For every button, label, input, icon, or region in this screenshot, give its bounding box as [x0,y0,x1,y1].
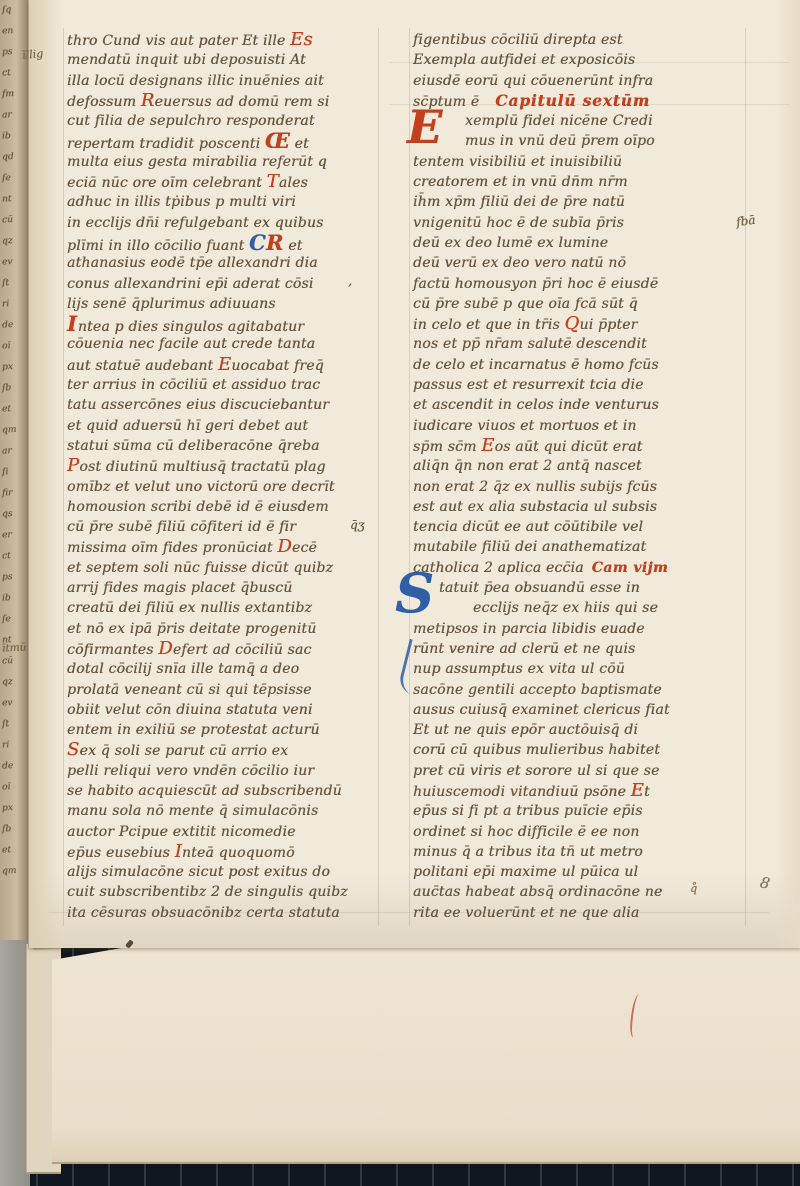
text-line: xemplū fidei nicēne Credi [413,111,747,131]
text-segment: iudicare viuos et mortuos et in [413,418,637,434]
text-segment: et septem soli nūc fuisse dicūt quibz [67,560,333,576]
text-line: iudicare viuos et mortuos et in [413,416,747,436]
drop-initial-E: E [407,104,442,150]
gutter-fragment: ar [0,104,30,126]
text-line: se habito acquiescūt ad subscribendū [67,781,383,801]
text-segment: in celo et que in tr̄is [413,317,564,333]
text-segment: D [158,638,173,659]
text-line: tentem visibiliū et inuisibiliū [413,152,747,172]
text-segment: I [67,311,78,336]
text-segment: ordinet si hoc difficile ē ee non [413,824,639,840]
text-line: ih̄m xp̄m filiū dei de p̄re natū [413,192,747,212]
text-line: sc̄ptum ēCapitulū sextūm [413,91,747,111]
rubric-text: Capitulū sextūm [495,91,650,110]
gutter-fragment: qm [0,860,30,882]
text-line: politani ep̄i maxime ul pūica ul [413,862,747,882]
text-segment: efert ad cōciliū sac [173,642,312,658]
drop-initial-S: S [395,566,434,620]
margin-note: īllig [21,47,43,62]
text-segment: cut filia de sepulchro responderat [67,113,315,129]
text-segment: politani ep̄i maxime ul pūica ul [413,864,638,880]
text-segment: auc̄tas habeat absq̄ ordinacōne ne [413,884,662,900]
text-line: manu sola nō mente q̄ simulacōnis [67,801,383,821]
text-line: Exempla autfidei et exposicōis [413,50,747,70]
text-line: Post diutinū multiusq̄ tractatū plag [67,456,383,476]
text-line: athanasius eodē tp̄e allexandri dia [67,253,383,273]
text-segment: ita cēsuras obsuacōnibz certa statuta [67,905,340,921]
text-segment: R [141,90,155,111]
facing-page-text-fragments: ſqenpsctfmaribqdſentcūqzevſtrideoīpxſbet… [0,0,30,882]
intercolumn-mark: , [348,274,352,289]
text-segment: adhuc in illis tṗibus p multi viri [67,194,296,210]
text-segment: huiuscemodi vitandiuū psōne [413,784,631,800]
text-segment: pelli reliqui vero vndēn cōcilio iur [67,763,314,779]
text-segment: homousion scribi debē id ē eiusdem [67,499,329,515]
ruling-line [409,28,410,926]
text-segment: et quid aduersū hī geri debet aut [67,418,308,434]
text-segment: ui p̄pter [579,317,637,333]
gutter-fragment: ps [0,566,30,588]
text-line: cū p̄re subē p que oīa fcā sūt q̄ [413,294,747,314]
gutter-fragment: ri [0,293,30,315]
text-segment: tatu assercōnes eius discuciebantur [67,397,329,413]
text-segment: et nō ex ipā p̄ris deitate progenitū [67,621,316,637]
text-segment: cū p̄re subē filiū cōfiteri id ē fir [67,519,296,535]
text-segment: Es [290,29,313,50]
text-segment: catholica 2 aplica ecc̄ia [413,560,584,576]
text-line: aut statuē audebant Euocabat freq̄ [67,355,383,375]
text-line: creatū dei filiū ex nullis extantibz [67,598,383,618]
text-segment: ecclijs neq̄z ex hiis qui se [473,600,658,616]
text-segment: athanasius eodē tp̄e allexandri dia [67,255,318,271]
text-segment: defossum [67,94,141,110]
text-line: et quid aduersū hī geri debet aut [67,416,383,436]
text-segment: eiusdē eorū qui cōuenerūnt infra [413,73,653,89]
gutter-fragment: ib [0,587,30,609]
text-line: catholica 2 aplica ecc̄iaCam vijm [413,558,747,578]
text-line: ita cēsuras obsuacōnibz certa statuta [67,903,383,923]
text-line: Intea p dies singulos agitabatur [67,314,383,334]
gutter-fragment: ſb [0,377,30,399]
text-segment: ntea p dies singulos agitabatur [78,319,304,335]
text-segment: Q [564,313,579,334]
text-line: passus est et resurrexit tcia die [413,375,747,395]
text-segment: Et ut ne quis epōr auctōuisq̄ di [413,722,638,738]
text-segment: creatū dei filiū ex nullis extantibz [67,600,312,616]
text-segment: multa eius gesta mirabilia referūt q [67,154,327,170]
text-line: missima oīm fides pronūciat Decē [67,537,383,557]
text-segment: cuit subscribentibz 2 de singulis quibz [67,884,348,900]
text-segment: tencia dicūt ee aut cōūtibile vel [413,519,643,535]
gutter-fragment: qz [0,230,30,252]
text-segment: xemplū fidei nicēne Credi [465,113,653,129]
text-line: pelli reliqui vero vndēn cōcilio iur [67,761,383,781]
text-line: mus in vnū deū p̄rem oīpo [413,131,747,151]
text-segment: D [277,536,292,557]
text-segment: pret cū viris et sorore ul si que se [413,763,659,779]
text-segment: cōfirmantes [67,642,158,658]
text-segment: cū p̄re subē p que oīa fcā sūt q̄ [413,296,638,312]
gutter-fragment: qz [0,671,30,693]
gutter-fragment: ſb [0,818,30,840]
gutter-fragment: ev [0,692,30,714]
gutter-fragment: px [0,797,30,819]
text-segment: omībz et velut uno victorū ore decrīt [67,479,335,495]
text-line: multa eius gesta mirabilia referūt q [67,152,383,172]
gutter-fragment: cū [0,209,30,231]
text-segment: mus in vnū deū p̄rem oīpo [465,133,655,149]
text-segment: S [67,739,80,760]
gutter-fragment: qs [0,503,30,525]
text-segment: aut statuē audebant [67,358,218,374]
text-line: cū p̄re subē filiū cōfiteri id ē fir [67,517,383,537]
text-line: eiusdē eorū qui cōuenerūnt infra [413,71,747,91]
text-segment: plīmi in illo cōcilio fuant [67,238,249,254]
gutter-fragment: oī [0,776,30,798]
text-line: entem in exiliū se protestat acturū [67,720,383,740]
text-segment: ep̄us eusebius [67,845,175,861]
gutter-fragment: ev [0,251,30,273]
text-line: creatorem et in vnū dn̄m nr̄m [413,172,747,192]
text-segment: alijs simulacōne sicut post exitus do [67,864,330,880]
text-segment: ost diutinū multiusq̄ tractatū plag [79,459,325,475]
text-line: cōuenia nec facile aut crede tanta [67,334,383,354]
gutter-fragment: ſe [0,608,30,630]
text-line: vnigenitū hoc ē de subīa p̄ris [413,213,747,233]
text-line: arrij fides magis placet q̄buscū [67,578,383,598]
text-line: homousion scribi debē id ē eiusdem [67,497,383,517]
text-segment: arrij fides magis placet q̄buscū [67,580,292,596]
text-line: rita ee voluerūnt et ne que alia [413,903,747,923]
gutter-fragment: ri [0,734,30,756]
text-line: Sex q̄ soli se parut cū arrio ex [67,740,383,760]
text-segment: et [284,238,303,254]
text-segment: Œ [265,128,290,153]
gutter-fragment: de [0,755,30,777]
gutter-fragment: qd [0,146,30,168]
text-segment: os aūt qui dicūt erat [495,439,643,455]
text-line: tatuit p̄ea obsuandū esse in [413,578,747,598]
text-line: adhuc in illis tṗibus p multi viri [67,192,383,212]
text-line: ter arrius in cōciliū et assiduo trac [67,375,383,395]
rubric-text: Cam vijm [592,560,668,576]
text-segment: rūnt venire ad clerū et ne quis [413,641,635,657]
text-line: thro Cund vis aut pater Et ille Es [67,30,383,50]
text-line: et ascendit in celos inde venturus [413,395,747,415]
text-segment: R [266,230,284,255]
text-segment: statui sūma cū deliberacōne q̄reba [67,438,320,454]
text-line: auctor Pcipue extitit nicomedie [67,822,383,842]
text-segment: auctor Pcipue extitit nicomedie [67,824,296,840]
text-segment: obiit velut cōn diuina statuta veni [67,702,313,718]
text-line: repertam tradidit poscenti Œ et [67,131,383,151]
text-line: in celo et que in tr̄is Qui p̄pter [413,314,747,334]
gutter-fragment: de [0,314,30,336]
text-line: dotal cōcilij snīa ille tamq̄ a deo [67,659,383,679]
text-segment: in ecclijs dn̄i refulgebant ex quibus [67,215,324,231]
gutter-fragment: ſq [0,0,30,22]
gutter-fragment: ar [0,440,30,462]
text-segment: minus q̄ a tribus ita tn̄ ut metro [413,844,643,860]
text-line: ausus cuiusq̄ examinet clericus fiat [413,700,747,720]
text-line: cōfirmantes Defert ad cōciliū sac [67,639,383,659]
text-segment: lijs senē q̄plurimus adiuuans [67,296,276,312]
text-segment: mendatū inquit ubi deposuisti At [67,52,306,68]
under-page [52,934,800,1164]
text-segment: entem in exiliū se protestat acturū [67,722,320,738]
text-segment: creatorem et in vnū dn̄m nr̄m [413,174,628,190]
gutter-fragment: et [0,398,30,420]
text-segment: corū cū quibus mulieribus habitet [413,742,660,758]
manuscript-photo: { "kind": "medieval-manuscript-page", "c… [0,0,800,1186]
right-text-column: figentibus cōciliū direpta estExempla au… [413,30,747,923]
text-segment: eciā nūc ore oīm celebrant [67,175,267,191]
text-segment: vnigenitū hoc ē de subīa p̄ris [413,215,624,231]
intercolumn-note: q̄ʒ [350,518,364,532]
gutter-fragment: fm [0,83,30,105]
text-line: illa locū designans illic inuēnies ait [67,71,383,91]
text-line: pret cū viris et sorore ul si que se [413,761,747,781]
text-line: de celo et incarnatus ē homo fcūs [413,355,747,375]
ruling-line [63,28,64,926]
left-text-column: thro Cund vis aut pater Et ille Esmendat… [67,30,383,923]
text-segment: factū homousyon p̄ri hoc ē eiusdē [413,276,658,292]
text-segment: uocabat freq̄ [231,358,324,374]
text-segment: manu sola nō mente q̄ simulacōnis [67,803,318,819]
gutter-fragment: ſt [0,713,30,735]
text-segment: passus est et resurrexit tcia die [413,377,644,393]
text-line: ep̄us eusebius Inteā quoquomō [67,842,383,862]
gutter-fragment: ſi [0,461,30,483]
text-segment: deū verū ex deo vero natū nō [413,255,626,271]
text-segment: se habito acquiescūt ad subscribendū [67,783,342,799]
text-segment: aliq̄n q̄n non erat 2 antq̄ nascet [413,458,642,474]
gutter-fragment: qm [0,419,30,441]
text-segment: nup assumptus ex vita ul cōū [413,661,625,677]
text-line: et nō ex ipā p̄ris deitate progenitū [67,619,383,639]
text-segment: ep̄us si fi pt a tribus puīcie ep̄is [413,803,643,819]
text-line: sp̄m sc̄m Eos aūt qui dicūt erat [413,436,747,456]
text-segment: I [175,841,182,862]
text-segment: est aut ex alia substacia ul subsis [413,499,657,515]
text-segment: tatuit p̄ea obsuandū esse in [439,580,640,596]
text-line: ecclijs neq̄z ex hiis qui se [413,598,747,618]
text-line: omībz et velut uno victorū ore decrīt [67,477,383,497]
text-line: lijs senē q̄plurimus adiuuans [67,294,383,314]
text-segment: illa locū designans illic inuēnies ait [67,73,324,89]
text-line: ep̄us si fi pt a tribus puīcie ep̄is [413,801,747,821]
text-line: non erat 2 q̄z ex nullis subijs fcūs [413,477,747,497]
text-line: cuit subscribentibz 2 de singulis quibz [67,882,383,902]
margin-note: ītmū [2,641,27,654]
text-line: deū ex deo lumē ex lumine [413,233,747,253]
text-segment: conus allexandrini ep̄i aderat cōsi [67,276,313,292]
text-segment: ecē [292,540,317,556]
text-line: eciā nūc ore oīm celebrant Tales [67,172,383,192]
text-line: prolatā veneant cū si qui tēpsisse [67,680,383,700]
text-segment: ter arrius in cōciliū et assiduo trac [67,377,320,393]
text-line: in ecclijs dn̄i refulgebant ex quibus [67,213,383,233]
text-segment: metipsos in parcia libidis euade [413,621,645,637]
text-segment: tentem visibiliū et inuisibiliū [413,154,622,170]
text-line: Et ut ne quis epōr auctōuisq̄ di [413,720,747,740]
margin-note: fbā [735,213,756,230]
text-line: minus q̄ a tribus ita tn̄ ut metro [413,842,747,862]
text-line: huiuscemodi vitandiuū psōne Et [413,781,747,801]
text-line: tatu assercōnes eius discuciebantur [67,395,383,415]
text-line: metipsos in parcia libidis euade [413,619,747,639]
text-line: mendatū inquit ubi deposuisti At [67,50,383,70]
gutter-fragment: en [0,20,30,42]
text-line: aliq̄n q̄n non erat 2 antq̄ nascet [413,456,747,476]
text-line: nup assumptus ex vita ul cōū [413,659,747,679]
text-segment: prolatā veneant cū si qui tēpsisse [67,682,312,698]
text-segment: E [218,354,231,375]
gutter-fragment: px [0,356,30,378]
text-segment: P [67,455,79,476]
gutter-fragment: fir [0,482,30,504]
text-segment: ausus cuiusq̄ examinet clericus fiat [413,702,670,718]
gutter-fragment: ſt [0,272,30,294]
gutter-fragment: et [0,839,30,861]
text-segment: non erat 2 q̄z ex nullis subijs fcūs [413,479,657,495]
text-segment: de celo et incarnatus ē homo fcūs [413,357,659,373]
text-line: obiit velut cōn diuina statuta veni [67,700,383,720]
gutter-fragment: ct [0,545,30,567]
text-line: statui sūma cū deliberacōne q̄reba [67,436,383,456]
text-line: tencia dicūt ee aut cōūtibile vel [413,517,747,537]
gutter-fragment: er [0,524,30,546]
text-segment: missima oīm fides pronūciat [67,540,277,556]
text-line: rūnt venire ad clerū et ne quis [413,639,747,659]
text-segment: sacōne gentili accepto baptismate [413,682,662,698]
text-segment: deū ex deo lumē ex lumine [413,235,608,251]
text-line: deū verū ex deo vero natū nō [413,253,747,273]
text-segment: t [644,784,650,800]
text-segment: et [290,136,309,152]
gutter-fragment: ib [0,125,30,147]
text-line: defossum Reuersus ad domū rem si [67,91,383,111]
text-segment: nteā quoquomō [182,845,295,861]
text-line: mutabile filiū dei anathematizat [413,537,747,557]
binding-gutter: ſqenpsctfmaribqdſentcūqzevſtrideoīpxſbet… [0,0,30,940]
text-segment: E [481,435,494,456]
text-segment: repertam tradidit poscenti [67,136,265,152]
text-segment: Exempla autfidei et exposicōis [413,52,635,68]
text-line: figentibus cōciliū direpta est [413,30,747,50]
text-segment: mutabile filiū dei anathematizat [413,539,646,555]
text-line: alijs simulacōne sicut post exitus do [67,862,383,882]
manuscript-page: thro Cund vis aut pater Et ille Esmendat… [28,0,800,948]
text-segment: ex q̄ soli se parut cū arrio ex [80,743,289,759]
text-segment: thro Cund vis aut pater Et ille [67,33,290,49]
text-segment: et ascendit in celos inde venturus [413,397,659,413]
text-segment: figentibus cōciliū direpta est [413,32,623,48]
text-line: plīmi in illo cōcilio fuant CR et [67,233,383,253]
text-segment: dotal cōcilij snīa ille tamq̄ a deo [67,661,299,677]
gutter-fragment: ct [0,62,30,84]
text-segment: ih̄m xp̄m filiū dei de p̄re natū [413,194,625,210]
text-segment: C [249,230,266,255]
text-line: factū homousyon p̄ri hoc ē eiusdē [413,274,747,294]
text-line: sacōne gentili accepto baptismate [413,680,747,700]
text-line: ordinet si hoc difficile ē ee non [413,822,747,842]
gutter-fragment: oī [0,335,30,357]
margin-mark: q̊ [690,882,697,895]
text-line: corū cū quibus mulieribus habitet [413,740,747,760]
text-segment: nos et pp̄ nr̄am salutē descendit [413,336,647,352]
text-segment: cōuenia nec facile aut crede tanta [67,336,315,352]
text-segment: rita ee voluerūnt et ne que alia [413,905,639,921]
gutter-fragment: ſe [0,167,30,189]
text-segment: T [267,171,279,192]
text-line: et septem soli nūc fuisse dicūt quibz [67,558,383,578]
text-segment: ales [279,175,308,191]
text-segment: E [631,780,644,801]
text-segment: euersus ad domū rem si [155,94,330,110]
text-line: est aut ex alia substacia ul subsis [413,497,747,517]
gutter-fragment: nt [0,188,30,210]
text-line: conus allexandrini ep̄i aderat cōsi [67,274,383,294]
text-line: nos et pp̄ nr̄am salutē descendit [413,334,747,354]
text-segment: sp̄m sc̄m [413,439,481,455]
text-line: cut filia de sepulchro responderat [67,111,383,131]
